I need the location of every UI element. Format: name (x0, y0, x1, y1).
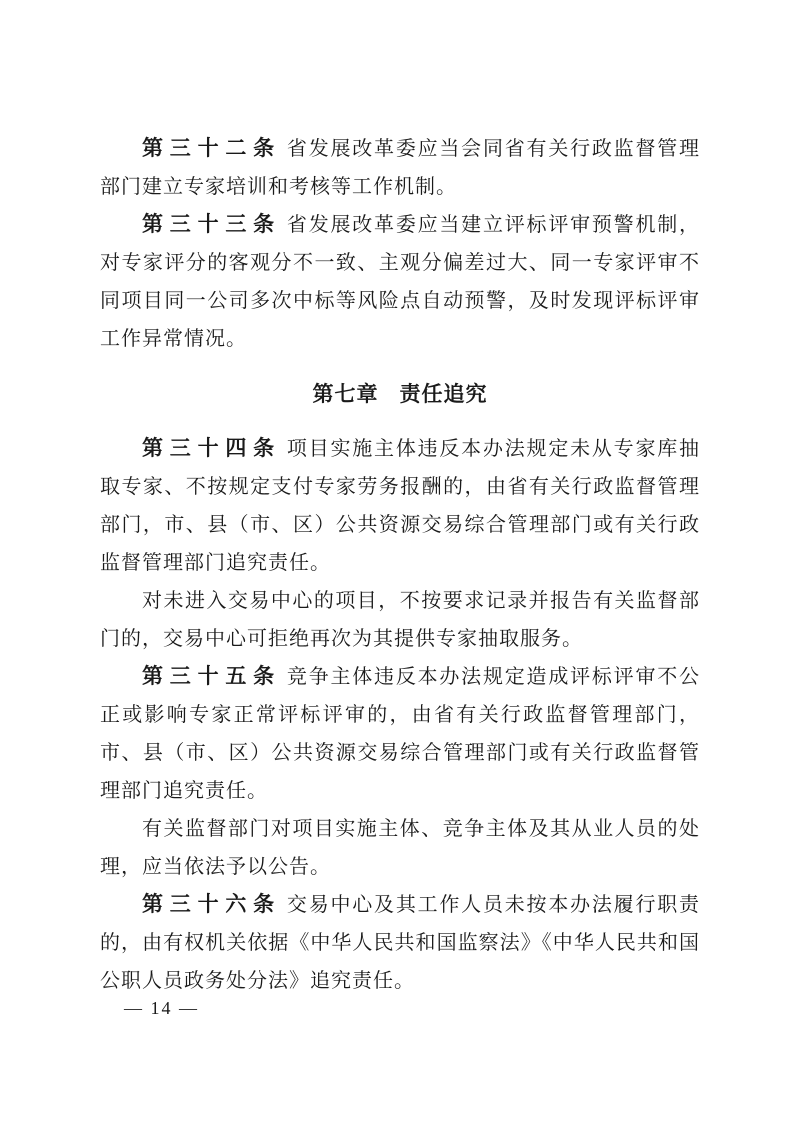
article-paragraph: 第三十六条交易中心及其工作人员未按本办法履行职责的，由有权机关依据《中华人民共和… (100, 886, 700, 1000)
chapter-title: 责任追究 (400, 383, 488, 406)
article-number: 第三十五条 (142, 665, 281, 688)
chapter-heading: 第七章责任追究 (100, 376, 700, 414)
article-number: 第三十四条 (142, 437, 281, 460)
document-body: 第三十二条省发展改革委应当会同省有关行政监督管理部门建立专家培训和考核等工作机制… (100, 130, 700, 1000)
article-paragraph: 第三十五条竞争主体违反本办法规定造成评标评审不公正或影响专家正常评标评审的，由省… (100, 658, 700, 810)
article-paragraph: 第三十三条省发展改革委应当建立评标评审预警机制，对专家评分的客观分不一致、主观分… (100, 206, 700, 358)
article-paragraph: 第三十二条省发展改革委应当会同省有关行政监督管理部门建立专家培训和考核等工作机制… (100, 130, 700, 206)
page-number: — 14 — (124, 995, 199, 1021)
body-paragraph: 有关监督部门对项目实施主体、竞争主体及其从业人员的处理，应当依法予以公告。 (100, 810, 700, 886)
body-paragraph: 对未进入交易中心的项目，不按要求记录并报告有关监督部门的，交易中心可拒绝再次为其… (100, 582, 700, 658)
article-number: 第三十三条 (142, 213, 281, 236)
chapter-number: 第七章 (313, 383, 379, 406)
article-number: 第三十六条 (142, 893, 281, 916)
document-page: 第三十二条省发展改革委应当会同省有关行政监督管理部门建立专家培训和考核等工作机制… (0, 0, 793, 1122)
article-number: 第三十二条 (142, 137, 281, 160)
article-paragraph: 第三十四条项目实施主体违反本办法规定未从专家库抽取专家、不按规定支付专家劳务报酬… (100, 430, 700, 582)
